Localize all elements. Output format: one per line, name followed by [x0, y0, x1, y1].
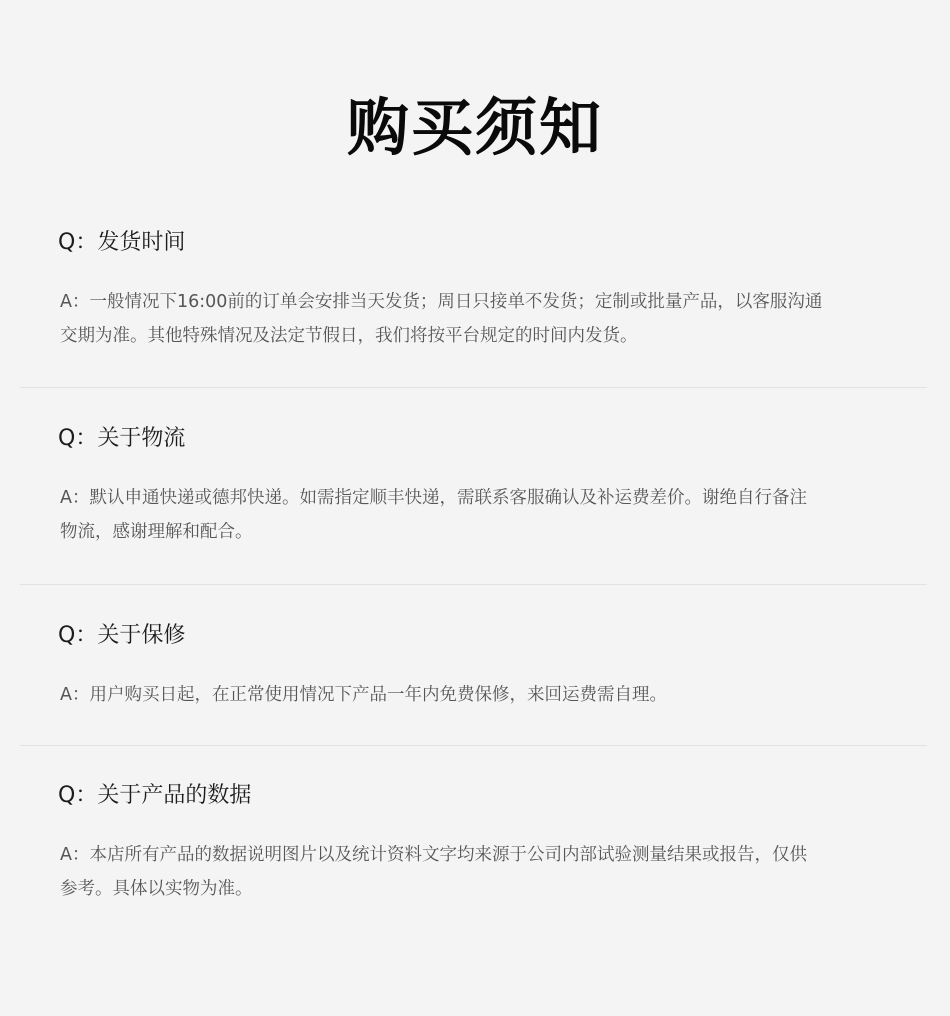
faq-answer-line: A：一般情况下16:00前的订单会安排当天发货；周日只接单不发货；定制或批量产品… — [60, 285, 900, 319]
page-title: 购买须知 — [0, 88, 950, 168]
faq-question: Q：发货时间 — [58, 228, 185, 258]
faq-answer-line: A：默认申通快递或德邦快递。如需指定顺丰快递，需联系客服确认及补运费差价。谢绝自… — [60, 481, 900, 515]
faq-question: Q：关于保修 — [58, 621, 185, 651]
faq-answer-line: A：本店所有产品的数据说明图片以及统计资料文字均来源于公司内部试验测量结果或报告… — [60, 838, 900, 872]
faq-answer: A：默认申通快递或德邦快递。如需指定顺丰快递，需联系客服确认及补运费差价。谢绝自… — [60, 481, 900, 549]
faq-answer: A：用户购买日起，在正常使用情况下产品一年内免费保修，来回运费需自理。 — [60, 678, 900, 712]
faq-answer-line: 参考。具体以实物为准。 — [60, 872, 900, 906]
section-divider — [20, 745, 927, 746]
section-divider — [20, 387, 927, 388]
faq-answer-line: 交期为准。其他特殊情况及法定节假日，我们将按平台规定的时间内发货。 — [60, 319, 900, 353]
faq-question: Q：关于物流 — [58, 424, 185, 454]
faq-answer: A：一般情况下16:00前的订单会安排当天发货；周日只接单不发货；定制或批量产品… — [60, 285, 900, 353]
faq-answer-line: A：用户购买日起，在正常使用情况下产品一年内免费保修，来回运费需自理。 — [60, 678, 900, 712]
faq-answer-line: 物流，感谢理解和配合。 — [60, 515, 900, 549]
faq-answer: A：本店所有产品的数据说明图片以及统计资料文字均来源于公司内部试验测量结果或报告… — [60, 838, 900, 906]
section-divider — [20, 584, 927, 585]
faq-question: Q：关于产品的数据 — [58, 781, 251, 811]
